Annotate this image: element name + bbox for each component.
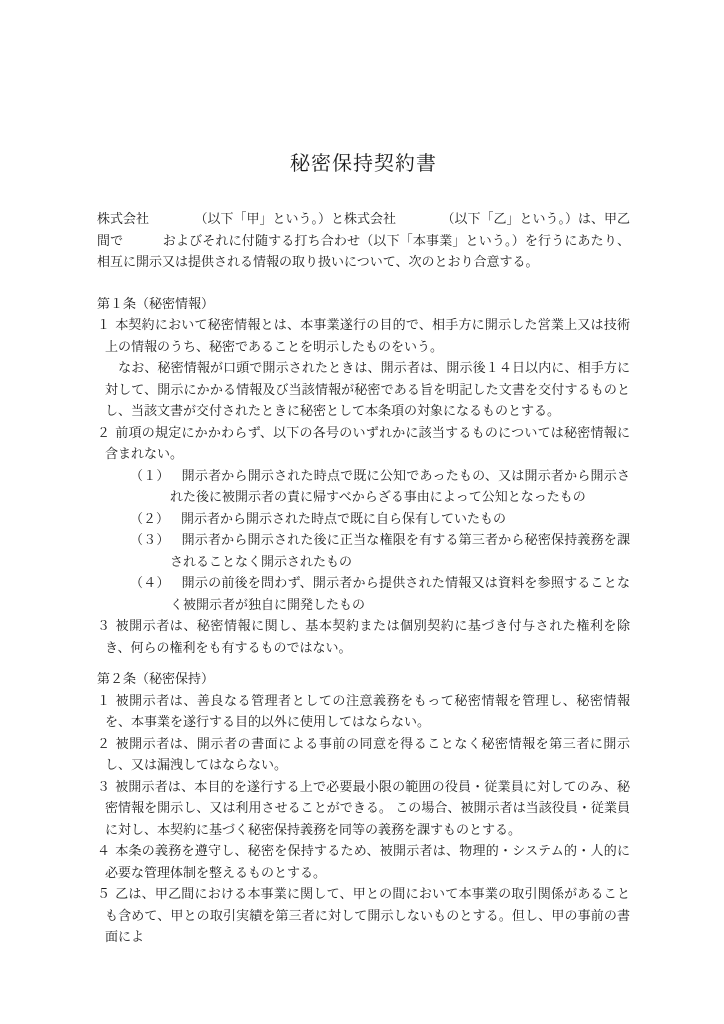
article-1-clause-3: ３被開示者は、秘密情報に関し、基本契約または個別契約に基づき付与された権利を除き… xyxy=(97,615,630,658)
subclause-1: （１）開示者から開示された時点で既に公知であったもの、又は開示者から開示された後… xyxy=(130,465,630,508)
subclause-4: （４）開示の前後を問わず、開示者から提供された情報又は資料を参照することなく被開… xyxy=(130,572,630,615)
clause-note: なお、秘密情報が口頭で開示されたときは、開示者は、開示後１４日以内に、相手方に対… xyxy=(97,357,630,422)
clause-number: ５ xyxy=(97,886,110,901)
clause-text: 被開示者は、開示者の書面による事前の同意を得ることなく秘密情報を第三者に開示し、… xyxy=(105,736,630,773)
subclause-text: 開示者から開示された後に正当な権限を有する第三者から秘密保持義務を課されることな… xyxy=(170,532,630,569)
clause-paragraph: ３被開示者は、秘密情報に関し、基本契約または個別契約に基づき付与された権利を除き… xyxy=(97,615,630,658)
clause-text: 本条の義務を遵守し、秘密を保持するため、被開示者は、物理的・システム的・人的に必… xyxy=(105,843,630,880)
article-2-clause-2: ２被開示者は、開示者の書面による事前の同意を得ることなく秘密情報を第三者に開示し… xyxy=(97,733,630,776)
clause-number: ３ xyxy=(97,618,111,633)
clause-number: ３ xyxy=(97,779,110,794)
article-2-clause-1: １被開示者は、善良なる管理者としての注意義務をもって秘密情報を管理し、秘密情報を… xyxy=(97,690,630,733)
subclause-3: （３）開示者から開示された後に正当な権限を有する第三者から秘密保持義務を課される… xyxy=(130,529,630,572)
subclause-text: 開示の前後を問わず、開示者から提供された情報又は資料を参照することなく被開示者が… xyxy=(170,575,630,612)
clause-text: 前項の規定にかかわらず、以下の各号のいずれかに該当するものについては秘密情報に含… xyxy=(105,425,630,462)
article-1: 第１条（秘密情報） １本契約において秘密情報とは、本事業遂行の目的で、相手方に開… xyxy=(97,293,630,659)
subclause-text: 開示者から開示された時点で既に自ら保有していたもの xyxy=(181,511,506,526)
clause-number: ２ xyxy=(97,425,110,440)
clause-paragraph: ２被開示者は、開示者の書面による事前の同意を得ることなく秘密情報を第三者に開示し… xyxy=(97,733,630,776)
article-2-clause-4: ４本条の義務を遵守し、秘密を保持するため、被開示者は、物理的・システム的・人的に… xyxy=(97,840,630,883)
clause-text: 被開示者は、善良なる管理者としての注意義務をもって秘密情報を管理し、秘密情報を、… xyxy=(105,693,630,730)
clause-text: 被開示者は、秘密情報に関し、基本契約または個別契約に基づき付与された権利を除き、… xyxy=(105,618,630,655)
clause-paragraph: ２前項の規定にかかわらず、以下の各号のいずれかに該当するものについては秘密情報に… xyxy=(97,422,630,465)
article-2-clause-5: ５乙は、甲乙間における本事業に関して、甲との間において本事業の取引関係があること… xyxy=(97,883,630,948)
subclause-2: （２）開示者から開示された時点で既に自ら保有していたもの xyxy=(130,508,630,530)
clause-paragraph: １本契約において秘密情報とは、本事業遂行の目的で、相手方に開示した営業上又は技術… xyxy=(97,314,630,357)
clause-paragraph: ５乙は、甲乙間における本事業に関して、甲との間において本事業の取引関係があること… xyxy=(97,883,630,948)
clause-number: ４ xyxy=(97,843,110,858)
clause-number: １ xyxy=(97,317,110,332)
subclause-number: （３） xyxy=(130,532,170,547)
subclause-number: （１） xyxy=(130,468,170,483)
article-1-clause-1: １本契約において秘密情報とは、本事業遂行の目的で、相手方に開示した営業上又は技術… xyxy=(97,314,630,422)
subclause-number: （２） xyxy=(130,511,169,526)
subclause-number: （４） xyxy=(130,575,170,590)
clause-paragraph: ４本条の義務を遵守し、秘密を保持するため、被開示者は、物理的・システム的・人的に… xyxy=(97,840,630,883)
intro-paragraph: 株式会社 （以下「甲」という。）と株式会社 （以下「乙」という。）は、甲乙間で … xyxy=(97,208,630,273)
article-2: 第２条（秘密保持） １被開示者は、善良なる管理者としての注意義務をもって秘密情報… xyxy=(97,668,630,948)
article-1-clause-2: ２前項の規定にかかわらず、以下の各号のいずれかに該当するものについては秘密情報に… xyxy=(97,422,630,616)
subclause-text: 開示者から開示された時点で既に公知であったもの、又は開示者から開示された後に被開… xyxy=(170,468,630,505)
clause-paragraph: ３被開示者は、本目的を遂行する上で必要最小限の範囲の役員・従業員に対してのみ、秘… xyxy=(97,776,630,841)
clause-text: 本契約において秘密情報とは、本事業遂行の目的で、相手方に開示した営業上又は技術上… xyxy=(105,317,630,354)
clause-number: ２ xyxy=(97,736,111,751)
article-2-clause-3: ３被開示者は、本目的を遂行する上で必要最小限の範囲の役員・従業員に対してのみ、秘… xyxy=(97,776,630,841)
document-title: 秘密保持契約書 xyxy=(97,150,630,178)
clause-number: １ xyxy=(97,693,111,708)
article-2-heading: 第２条（秘密保持） xyxy=(97,668,630,690)
article-1-heading: 第１条（秘密情報） xyxy=(97,293,630,315)
contract-page: 秘密保持契約書 株式会社 （以下「甲」という。）と株式会社 （以下「乙」という。… xyxy=(0,0,724,1024)
clause-paragraph: １被開示者は、善良なる管理者としての注意義務をもって秘密情報を管理し、秘密情報を… xyxy=(97,690,630,733)
clause-text: 乙は、甲乙間における本事業に関して、甲との間において本事業の取引関係があることも… xyxy=(105,886,630,944)
clause-text: 被開示者は、本目的を遂行する上で必要最小限の範囲の役員・従業員に対してのみ、秘密… xyxy=(105,779,630,837)
